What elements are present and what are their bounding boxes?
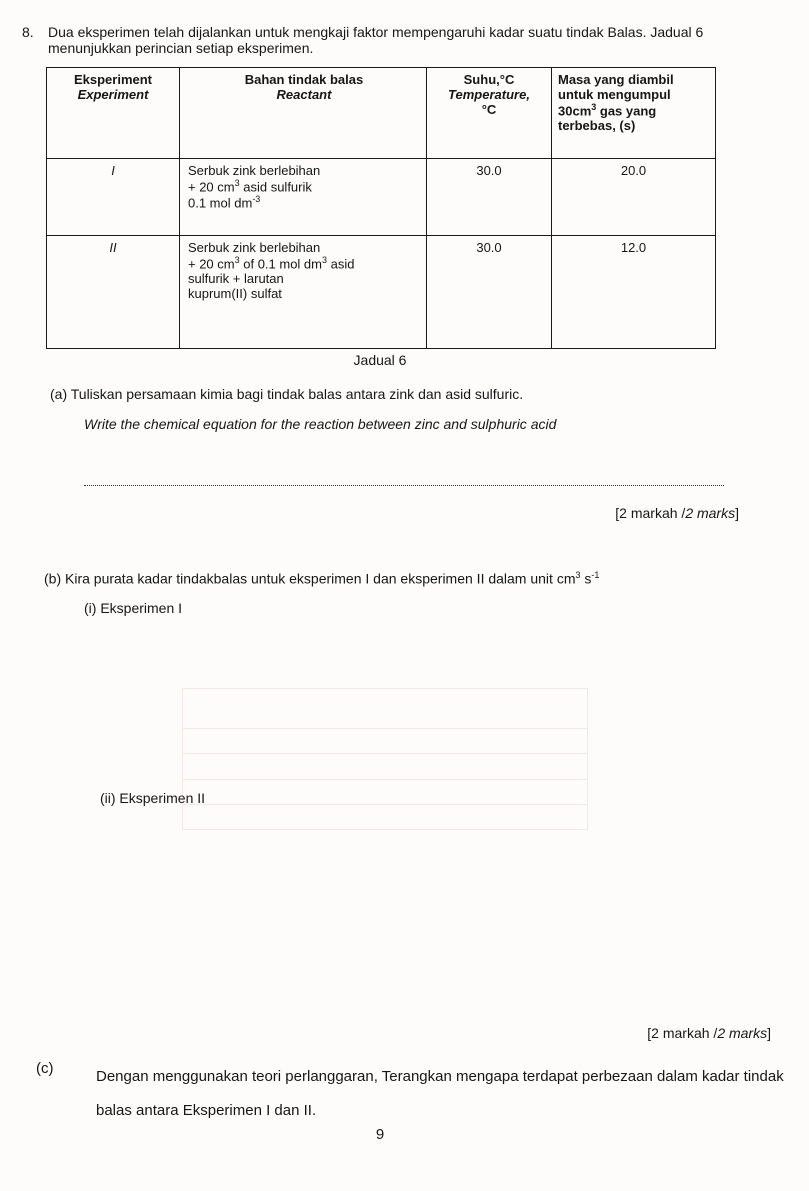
header-reactant: Bahan tindak balas Reactant (180, 68, 427, 159)
table-header-row: Eksperiment Experiment Bahan tindak bala… (47, 68, 716, 159)
part-b-marks: [2 markah /2 marks] (647, 1025, 771, 1041)
part-b-sub-ii: (ii) Eksperimen II (100, 790, 205, 806)
part-b-sub-i: (i) Eksperimen I (84, 600, 182, 616)
cell-time: 12.0 (552, 236, 716, 349)
cell-experiment: II (47, 236, 180, 349)
header-experiment: Eksperiment Experiment (47, 68, 180, 159)
part-a-marks: [2 markah /2 marks] (615, 505, 739, 521)
header-temperature: Suhu,°C Temperature, °C (427, 68, 552, 159)
answer-line[interactable] (84, 484, 724, 486)
part-b-question: (b) Kira purata kadar tindakbalas untuk … (44, 570, 599, 587)
cell-experiment: I (47, 159, 180, 236)
part-c-question: Dengan menggunakan teori perlanggaran, T… (96, 1060, 786, 1128)
header-time: Masa yang diambil untuk mengumpul 30cm3 … (552, 68, 716, 159)
bleed-through-table (182, 688, 588, 830)
cell-reactant: Serbuk zink berlebihan + 20 cm3 asid sul… (180, 159, 427, 236)
cell-temperature: 30.0 (427, 159, 552, 236)
table-row: II Serbuk zink berlebihan + 20 cm3 of 0.… (47, 236, 716, 349)
cell-time: 20.0 (552, 159, 716, 236)
page-number: 9 (0, 1126, 760, 1143)
part-a-question: (a) Tuliskan persamaan kimia bagi tindak… (50, 386, 523, 402)
cell-temperature: 30.0 (427, 236, 552, 349)
part-a-question-english: Write the chemical equation for the reac… (84, 416, 556, 432)
table-caption: Jadual 6 (0, 352, 760, 368)
part-c-label: (c) (36, 1060, 54, 1077)
question-number: 8. (22, 24, 34, 40)
table-row: I Serbuk zink berlebihan + 20 cm3 asid s… (47, 159, 716, 236)
experiment-table: Eksperiment Experiment Bahan tindak bala… (46, 67, 716, 349)
cell-reactant: Serbuk zink berlebihan + 20 cm3 of 0.1 m… (180, 236, 427, 349)
question-intro: Dua eksperimen telah dijalankan untuk me… (48, 24, 728, 56)
